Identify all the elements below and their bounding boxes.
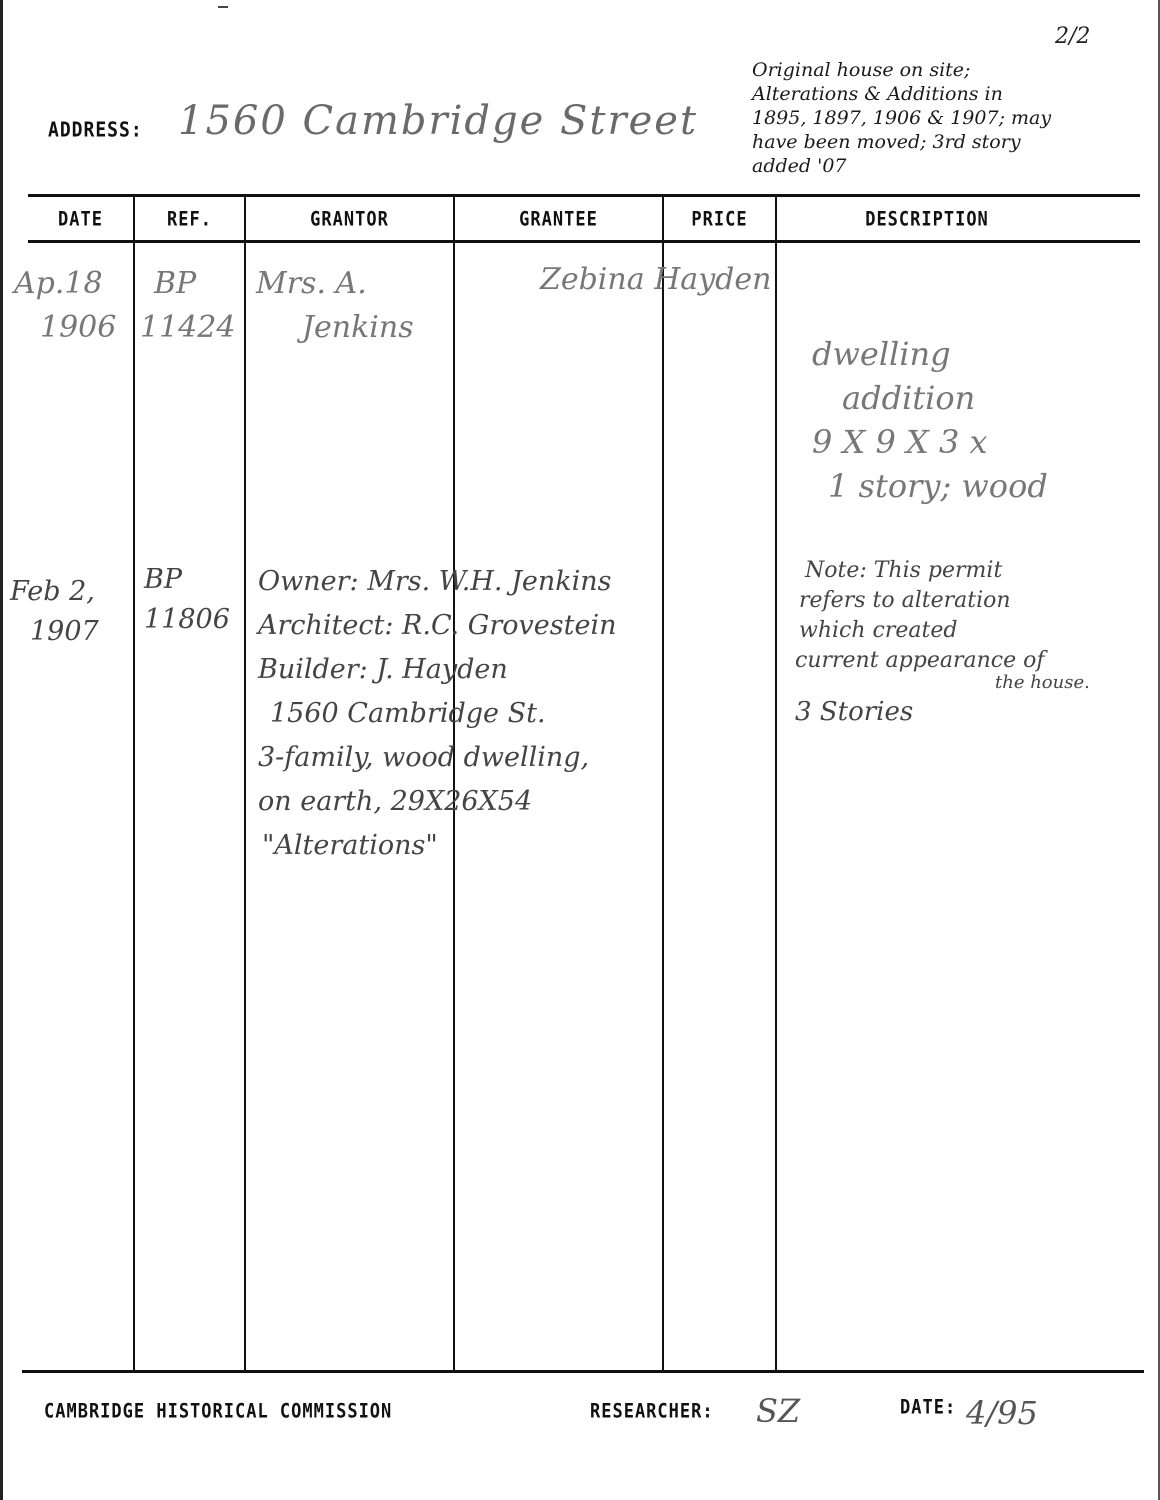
row-description: Note: This permit refers to alteration w… — [795, 556, 1090, 734]
ref-line: 11424 — [140, 306, 235, 350]
researcher-value: SZ — [756, 1392, 800, 1430]
footer-date-label: DATE: — [900, 1396, 956, 1419]
description-line: which created — [795, 616, 1090, 646]
row-date: Feb 2, 1907 — [10, 572, 99, 652]
column-header-description: DESCRIPTION — [777, 208, 1077, 231]
column-header-grantee: GRANTEE — [455, 208, 662, 231]
page-number: 2/2 — [1055, 24, 1090, 49]
column-header-price: PRICE — [664, 208, 775, 231]
description-line: the house. — [795, 676, 1090, 690]
page-edge-left — [0, 0, 3, 1500]
description-line: dwelling — [812, 332, 1048, 376]
ref-line: BP — [140, 262, 235, 306]
description-line: Note: This permit — [795, 556, 1090, 586]
description-line: 9 X 9 X 3 x — [812, 420, 1048, 464]
grantor-line: Builder: J. Hayden — [258, 648, 616, 692]
footer-date-value: 4/95 — [966, 1394, 1038, 1432]
column-divider — [133, 196, 135, 1372]
grantor-line: on earth, 29X26X54 — [258, 780, 616, 824]
column-header-ref: REF. — [135, 208, 244, 231]
date-line: 1906 — [14, 306, 116, 350]
column-divider — [244, 196, 246, 1372]
grantor-line: 3-family, wood dwelling, — [258, 736, 616, 780]
researcher-label: RESEARCHER: — [590, 1400, 714, 1423]
scan-mark — [218, 6, 228, 8]
grantor-line: Architect: R.C. Grovestein — [258, 604, 616, 648]
date-line: Ap.18 — [14, 262, 116, 306]
organization-name: CAMBRIDGE HISTORICAL COMMISSION — [44, 1400, 392, 1423]
grantor-line: 1560 Cambridge St. — [258, 692, 616, 736]
header-note-line: added '07 — [752, 154, 1051, 178]
date-line: 1907 — [10, 612, 99, 652]
table-header-rule — [28, 240, 1140, 243]
row-ref: BP 11806 — [144, 560, 230, 640]
row-ref: BP 11424 — [140, 262, 235, 350]
description-line: 1 story; wood — [812, 464, 1048, 508]
ref-line: BP — [144, 560, 230, 600]
header-note-line: 1895, 1897, 1906 & 1907; may — [752, 106, 1051, 130]
row-description: dwelling addition 9 X 9 X 3 x 1 story; w… — [812, 332, 1048, 508]
column-header-date: DATE — [28, 208, 133, 231]
row-grantor: Mrs. A. Jenkins — [256, 262, 414, 350]
grantor-line: Owner: Mrs. W.H. Jenkins — [258, 560, 616, 604]
grantor-line: Jenkins — [256, 306, 414, 350]
table-bottom-rule — [22, 1370, 1144, 1373]
row-date: Ap.18 1906 — [14, 262, 116, 350]
description-line: refers to alteration — [795, 586, 1090, 616]
header-note-line: have been moved; 3rd story — [752, 130, 1051, 154]
column-header-grantor: GRANTOR — [246, 208, 453, 231]
row-grantee: Zebina Hayden — [540, 262, 771, 298]
column-divider — [662, 196, 664, 1372]
column-divider — [775, 196, 777, 1372]
header-note-line: Original house on site; — [752, 58, 1051, 82]
address-label: ADDRESS: — [48, 118, 143, 142]
ref-line: 11806 — [144, 600, 230, 640]
grantor-line: Mrs. A. — [256, 262, 414, 306]
table-top-rule — [28, 194, 1140, 197]
row-grantor: Owner: Mrs. W.H. Jenkins Architect: R.C.… — [258, 560, 616, 868]
date-line: Feb 2, — [10, 572, 99, 612]
description-line: addition — [812, 376, 1048, 420]
header-note: Original house on site; Alterations & Ad… — [752, 58, 1051, 178]
grantor-line: "Alterations" — [258, 824, 616, 868]
address-value: 1560 Cambridge Street — [178, 98, 698, 144]
header-note-line: Alterations & Additions in — [752, 82, 1051, 106]
description-line: 3 Stories — [795, 690, 1090, 734]
